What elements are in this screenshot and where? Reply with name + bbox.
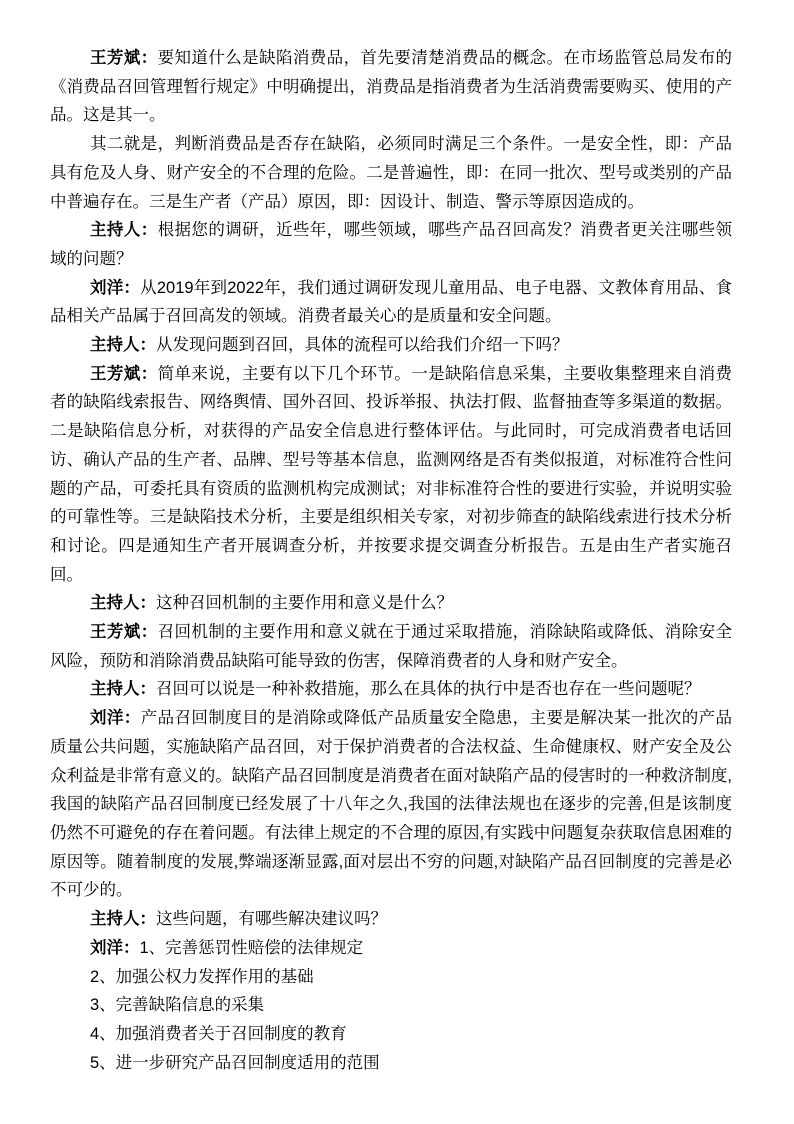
- paragraph-text: 2、加强公权力发挥作用的基础: [90, 968, 314, 986]
- speaker-name: 主持人：: [90, 910, 156, 928]
- paragraph-text: 这些问题，有哪些解决建议吗？: [156, 910, 387, 928]
- speaker-name: 刘洋：: [90, 709, 141, 727]
- paragraph: 其二就是，判断消费品是否存在缺陷，必须同时满足三个条件。一是安全性，即：产品具有…: [50, 130, 732, 216]
- paragraph: 主持人：这些问题，有哪些解决建议吗？: [50, 905, 732, 934]
- paragraph-text: 从2019年到2022年，我们通过调研发现儿童用品、电子电器、文教体育用品、食品…: [50, 279, 732, 326]
- paragraph-text: 5、进一步研究产品召回制度适用的范围: [90, 1054, 380, 1072]
- paragraph: 王芳斌：召回机制的主要作用和意义就在于通过采取措施，消除缺陷或降低、消除安全风险…: [50, 618, 732, 675]
- list-item-paragraph: 5、进一步研究产品召回制度适用的范围: [50, 1049, 732, 1078]
- paragraph: 王芳斌：简单来说，主要有以下几个环节。一是缺陷信息采集，主要收集整理来自消费者的…: [50, 360, 732, 590]
- paragraph-text: 其二就是，判断消费品是否存在缺陷，必须同时满足三个条件。一是安全性，即：产品具有…: [50, 135, 732, 210]
- paragraph: 刘洋：产品召回制度目的是消除或降低产品质量安全隐患，主要是解决某一批次的产品质量…: [50, 704, 732, 905]
- paragraph-text: 产品召回制度目的是消除或降低产品质量安全隐患，主要是解决某一批次的产品质量公共问…: [50, 709, 732, 899]
- list-item-paragraph: 2、加强公权力发挥作用的基础: [50, 963, 732, 992]
- paragraph-text: 召回可以说是一种补救措施，那么在具体的执行中是否也存在一些问题呢？: [156, 680, 701, 698]
- speaker-name: 主持人：: [90, 221, 158, 239]
- paragraph: 王芳斌：要知道什么是缺陷消费品，首先要清楚消费品的概念。在市场监管总局发布的《消…: [50, 44, 732, 130]
- speaker-name: 主持人：: [90, 336, 156, 354]
- paragraph: 主持人：根据您的调研，近些年，哪些领域，哪些产品召回高发？消费者更关注哪些领域的…: [50, 216, 732, 273]
- paragraph-text: 这种召回机制的主要作用和意义是什么？: [156, 594, 453, 612]
- speaker-name: 王芳斌：: [90, 49, 158, 67]
- paragraph-text: 4、加强消费者关于召回制度的教育: [90, 1025, 347, 1043]
- paragraph: 主持人：这种召回机制的主要作用和意义是什么？: [50, 589, 732, 618]
- paragraph-text: 从发现问题到召回，具体的流程可以给我们介绍一下吗？: [156, 336, 569, 354]
- paragraph: 主持人：从发现问题到召回，具体的流程可以给我们介绍一下吗？: [50, 331, 732, 360]
- list-item-paragraph: 3、完善缺陷信息的采集: [50, 991, 732, 1020]
- speaker-name: 刘洋：: [90, 279, 140, 297]
- list-item-paragraph: 4、加强消费者关于召回制度的教育: [50, 1020, 732, 1049]
- paragraph-text: 3、完善缺陷信息的采集: [90, 996, 264, 1014]
- paragraph: 主持人：召回可以说是一种补救措施，那么在具体的执行中是否也存在一些问题呢？: [50, 675, 732, 704]
- paragraph-text: 1、完善惩罚性赔偿的法律规定: [140, 939, 364, 957]
- speaker-name: 主持人：: [90, 680, 156, 698]
- paragraph-text: 简单来说，主要有以下几个环节。一是缺陷信息采集，主要收集整理来自消费者的缺陷线索…: [50, 365, 732, 584]
- speaker-name: 刘洋：: [90, 939, 140, 957]
- document-page: 王芳斌：要知道什么是缺陷消费品，首先要清楚消费品的概念。在市场监管总局发布的《消…: [0, 0, 794, 1124]
- speaker-name: 王芳斌：: [90, 365, 158, 383]
- paragraph: 刘洋：从2019年到2022年，我们通过调研发现儿童用品、电子电器、文教体育用品…: [50, 274, 732, 331]
- speaker-name: 王芳斌：: [90, 623, 158, 641]
- paragraph: 刘洋：1、完善惩罚性赔偿的法律规定: [50, 934, 732, 963]
- speaker-name: 主持人：: [90, 594, 156, 612]
